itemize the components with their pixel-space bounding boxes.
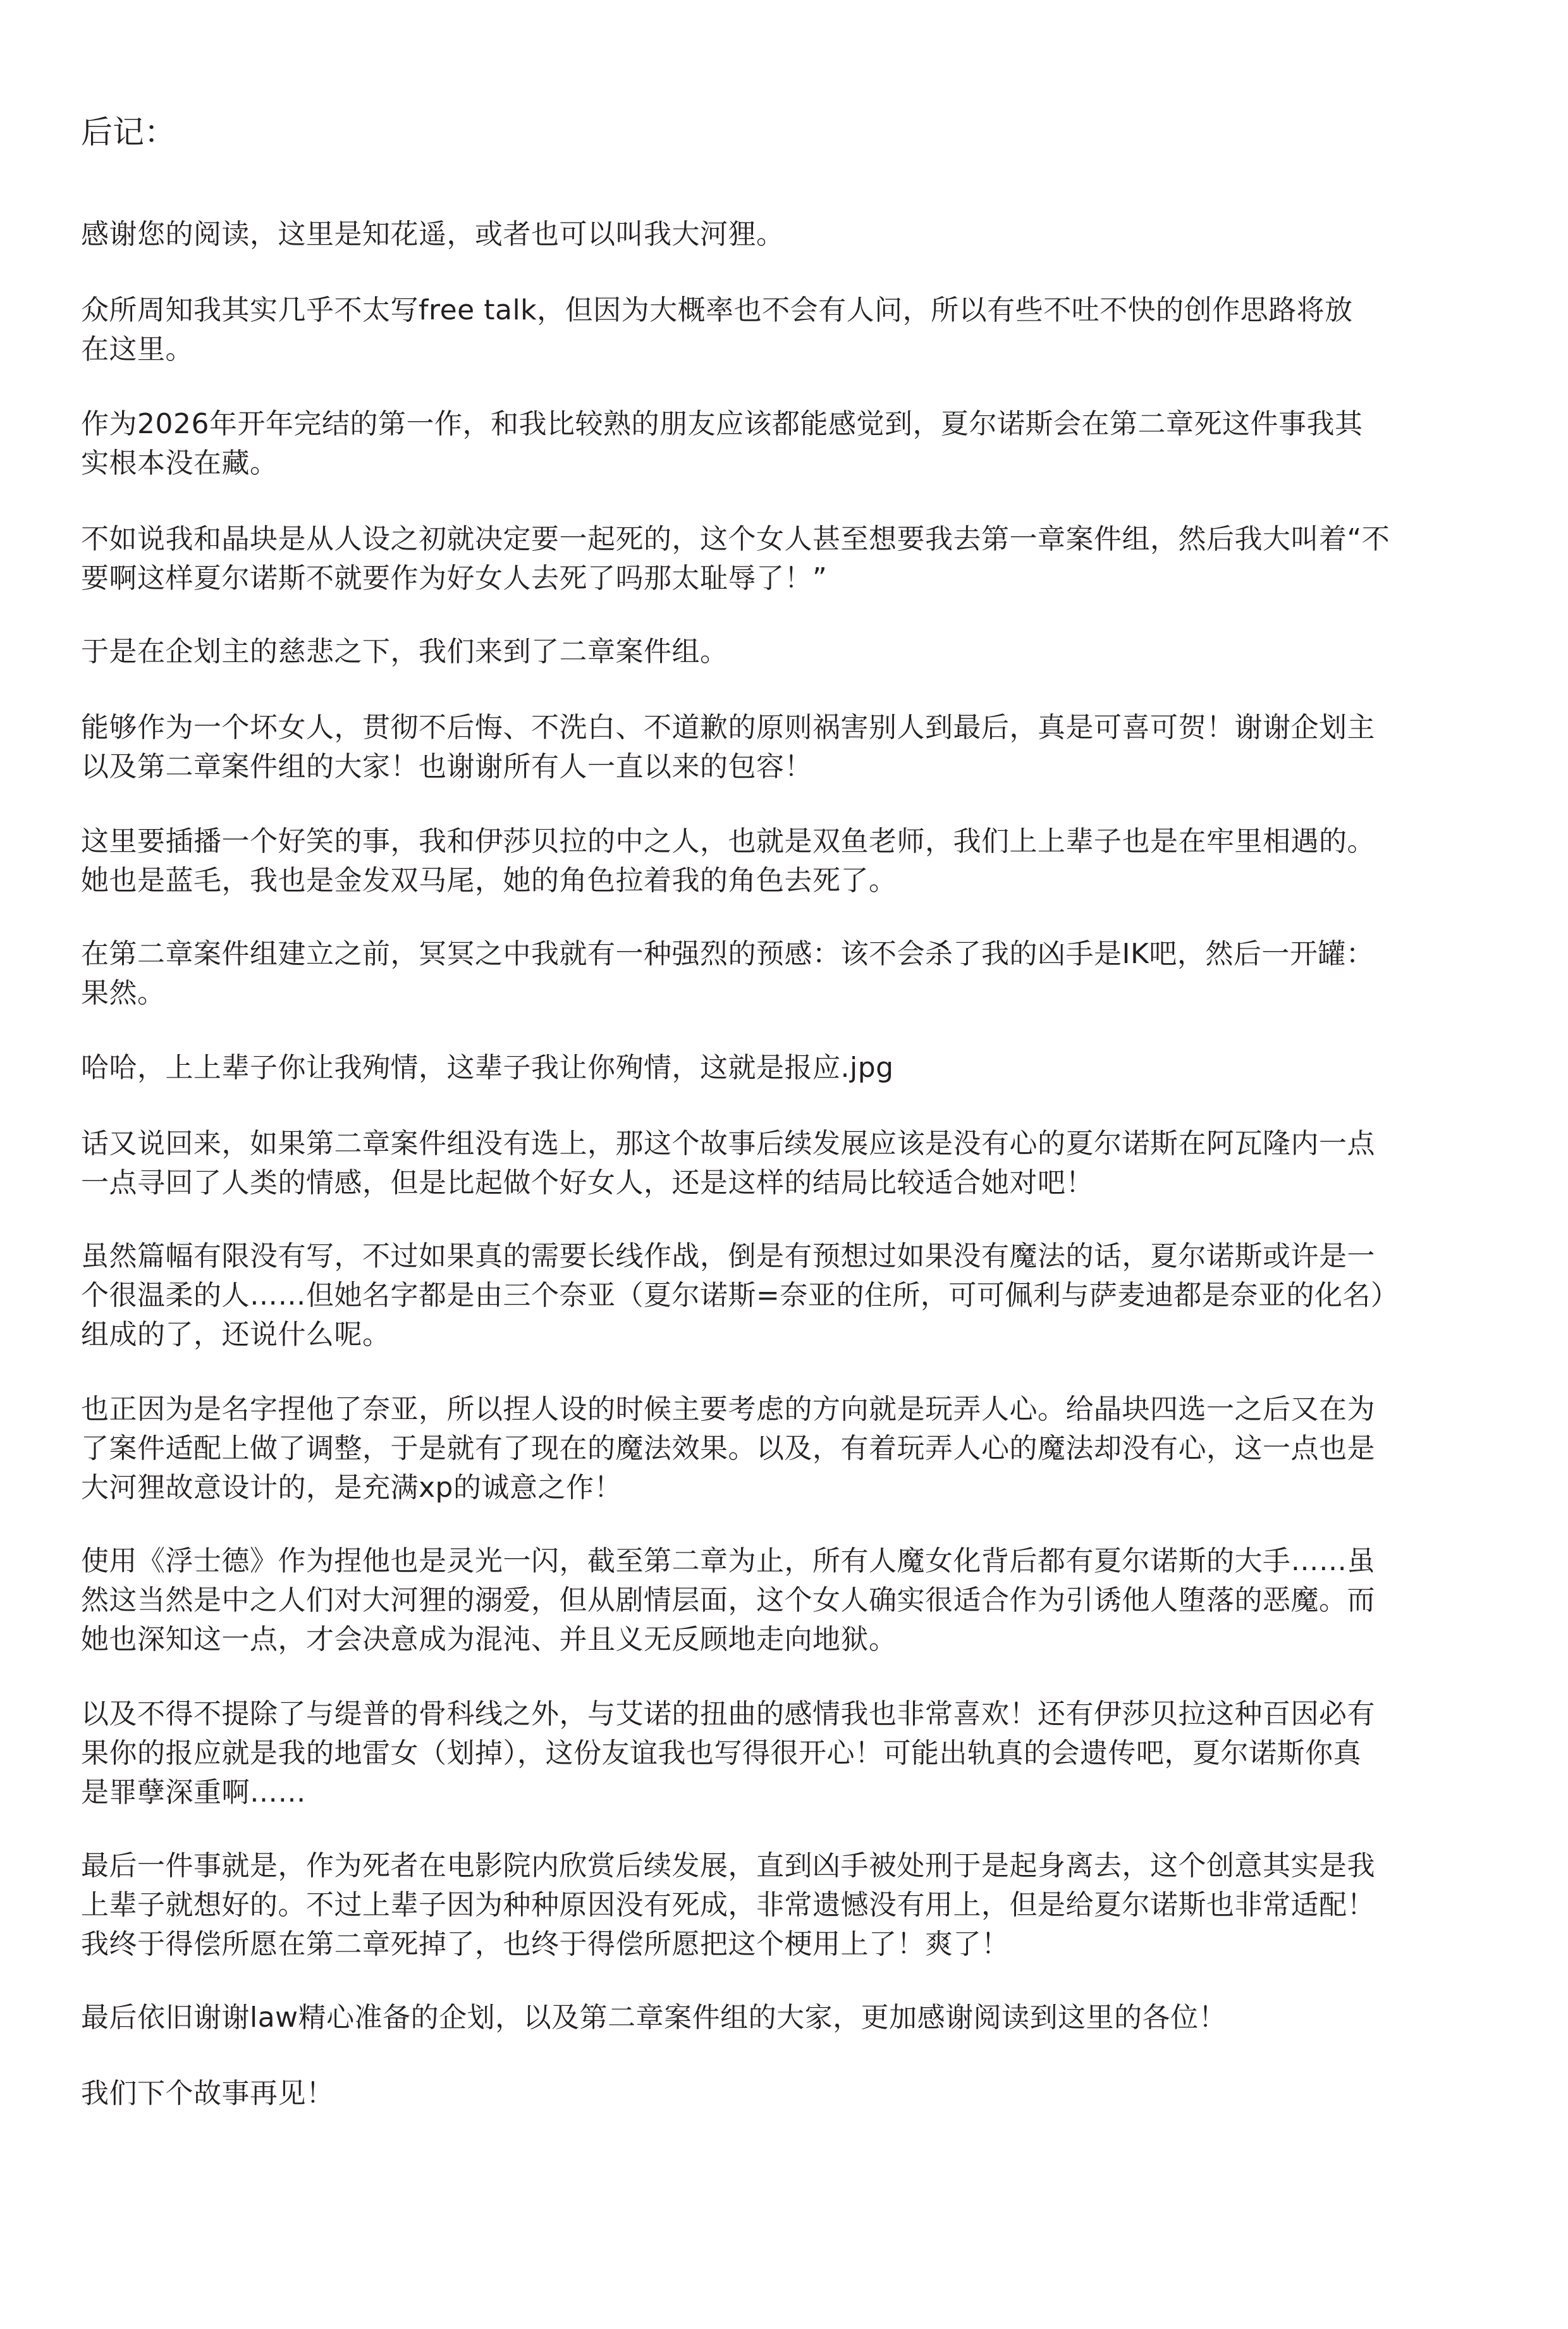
text-line: 要啊这样夏尔诺斯不就要作为好女人去死了吗那太耻辱了！” bbox=[81, 559, 1497, 598]
text-line: 众所周知我其实几乎不太写free talk，但因为大概率也不会有人问，所以有些不… bbox=[81, 291, 1497, 330]
text-line: 不如说我和晶块是从人设之初就决定要一起死的，这个女人甚至想要我去第一章案件组，然… bbox=[81, 520, 1497, 559]
paragraph-final-thanks: 最后依旧谢谢law精心准备的企划，以及第二章案件组的大家，更加感谢阅读到这里的各… bbox=[81, 1998, 1497, 2037]
paragraph-cinema: 最后一件事就是，作为死者在电影院内欣赏后续发展，直到凶手被处刑于是起身离去，这个… bbox=[81, 1847, 1497, 1964]
text-line: 果然。 bbox=[81, 974, 1497, 1013]
text-line: 实根本没在藏。 bbox=[81, 444, 1497, 483]
text-line: 感谢您的阅读，这里是知花遥，或者也可以叫我大河狸。 bbox=[81, 215, 1497, 254]
text-line: 这里要插播一个好笑的事，我和伊莎贝拉的中之人，也就是双鱼老师，我们上上辈子也是在… bbox=[81, 822, 1497, 861]
paragraph-gentle-person: 虽然篇幅有限没有写，不过如果真的需要长线作战，倒是有预想过如果没有魔法的话，夏尔… bbox=[81, 1237, 1497, 1355]
paragraph-premonition: 在第二章案件组建立之前，冥冥之中我就有一种强烈的预感：该不会杀了我的凶手是IK吧… bbox=[81, 935, 1497, 1013]
paragraph-character-design: 也正因为是名字捏他了奈亚，所以捏人设的时候主要考虑的方向就是玩弄人心。给晶块四选… bbox=[81, 1390, 1497, 1508]
text-line: 也正因为是名字捏他了奈亚，所以捏人设的时候主要考虑的方向就是玩弄人心。给晶块四选… bbox=[81, 1390, 1497, 1429]
text-line: 她也深知这一点，才会决意成为混沌、并且义无反顾地走向地狱。 bbox=[81, 1620, 1497, 1659]
paragraph-faust: 使用《浮士德》作为捏他也是灵光一闪，截至第二章为止，所有人魔女化背后都有夏尔诺斯… bbox=[81, 1542, 1497, 1659]
paragraph-farewell: 我们下个故事再见！ bbox=[81, 2074, 1497, 2113]
text-line: 能够作为一个坏女人，贯彻不后悔、不洗白、不道歉的原则祸害别人到最后，真是可喜可贺… bbox=[81, 708, 1497, 747]
text-line: 我终于得偿所愿在第二章死掉了，也终于得偿所愿把这个梗用上了！爽了！ bbox=[81, 1925, 1497, 1964]
text-line: 话又说回来，如果第二章案件组没有选上，那这个故事后续发展应该是没有心的夏尔诺斯在… bbox=[81, 1124, 1497, 1164]
text-line: 在第二章案件组建立之前，冥冥之中我就有一种强烈的预感：该不会杀了我的凶手是IK吧… bbox=[81, 935, 1497, 974]
text-line: 她也是蓝毛，我也是金发双马尾，她的角色拉着我的角色去死了。 bbox=[81, 861, 1497, 900]
paragraph-karma: 哈哈，上上辈子你让我殉情，这辈子我让你殉情，这就是报应.jpg bbox=[81, 1048, 1497, 1088]
text-line: 组成的了，还说什么呢。 bbox=[81, 1315, 1497, 1355]
paragraph-thanks: 感谢您的阅读，这里是知花遥，或者也可以叫我大河狸。 bbox=[81, 215, 1497, 254]
text-line: 以及第二章案件组的大家！也谢谢所有人一直以来的包容！ bbox=[81, 747, 1497, 787]
text-line: 最后一件事就是，作为死者在电影院内欣赏后续发展，直到凶手被处刑于是起身离去，这个… bbox=[81, 1847, 1497, 1886]
text-line: 个很温柔的人……但她名字都是由三个奈亚（夏尔诺斯=奈亚的住所，可可佩利与萨麦迪都… bbox=[81, 1276, 1497, 1315]
text-line: 最后依旧谢谢law精心准备的企划，以及第二章案件组的大家，更加感谢阅读到这里的各… bbox=[81, 1998, 1497, 2037]
paragraph-chapter-two: 于是在企划主的慈悲之下，我们来到了二章案件组。 bbox=[81, 632, 1497, 672]
text-line: 了案件适配上做了调整，于是就有了现在的魔法效果。以及，有着玩弄人心的魔法却没有心… bbox=[81, 1429, 1497, 1468]
text-line: 大河狸故意设计的，是充满xp的诚意之作！ bbox=[81, 1468, 1497, 1508]
paragraph-alternate-story: 话又说回来，如果第二章案件组没有选上，那这个故事后续发展应该是没有心的夏尔诺斯在… bbox=[81, 1124, 1497, 1203]
text-line: 果你的报应就是我的地雷女（划掉），这份友谊我也写得很开心！可能出轨真的会遗传吧，… bbox=[81, 1734, 1497, 1773]
text-line: 一点寻回了人类的情感，但是比起做个好女人，还是这样的结局比较适合她对吧！ bbox=[81, 1164, 1497, 1203]
text-line: 哈哈，上上辈子你让我殉情，这辈子我让你殉情，这就是报应.jpg bbox=[81, 1048, 1497, 1088]
text-line: 我们下个故事再见！ bbox=[81, 2074, 1497, 2113]
text-line: 然这当然是中之人们对大河狸的溺爱，但从剧情层面，这个女人确实很适合作为引诱他人堕… bbox=[81, 1581, 1497, 1620]
text-line: 在这里。 bbox=[81, 330, 1497, 369]
paragraph-funny-story: 这里要插播一个好笑的事，我和伊莎贝拉的中之人，也就是双鱼老师，我们上上辈子也是在… bbox=[81, 822, 1497, 900]
text-line: 上辈子就想好的。不过上辈子因为种种原因没有死成，非常遗憾没有用上，但是给夏尔诺斯… bbox=[81, 1886, 1497, 1925]
page-title: 后记： bbox=[81, 113, 176, 152]
paragraph-relationships: 以及不得不提除了与缇普的骨科线之外，与艾诺的扭曲的感情我也非常喜欢！还有伊莎贝拉… bbox=[81, 1695, 1497, 1812]
paragraph-bad-woman: 能够作为一个坏女人，贯彻不后悔、不洗白、不道歉的原则祸害别人到最后，真是可喜可贺… bbox=[81, 708, 1497, 787]
paragraph-die-together: 不如说我和晶块是从人设之初就决定要一起死的，这个女人甚至想要我去第一章案件组，然… bbox=[81, 520, 1497, 598]
paragraph-first-work: 作为2026年开年完结的第一作，和我比较熟的朋友应该都能感觉到，夏尔诺斯会在第二… bbox=[81, 405, 1497, 483]
text-line: 于是在企划主的慈悲之下，我们来到了二章案件组。 bbox=[81, 632, 1497, 672]
text-line: 以及不得不提除了与缇普的骨科线之外，与艾诺的扭曲的感情我也非常喜欢！还有伊莎贝拉… bbox=[81, 1695, 1497, 1734]
text-line: 作为2026年开年完结的第一作，和我比较熟的朋友应该都能感觉到，夏尔诺斯会在第二… bbox=[81, 405, 1497, 444]
text-line: 是罪孽深重啊…… bbox=[81, 1773, 1497, 1812]
paragraph-free-talk: 众所周知我其实几乎不太写free talk，但因为大概率也不会有人问，所以有些不… bbox=[81, 291, 1497, 369]
text-line: 虽然篇幅有限没有写，不过如果真的需要长线作战，倒是有预想过如果没有魔法的话，夏尔… bbox=[81, 1237, 1497, 1276]
text-line: 使用《浮士德》作为捏他也是灵光一闪，截至第二章为止，所有人魔女化背后都有夏尔诺斯… bbox=[81, 1542, 1497, 1581]
